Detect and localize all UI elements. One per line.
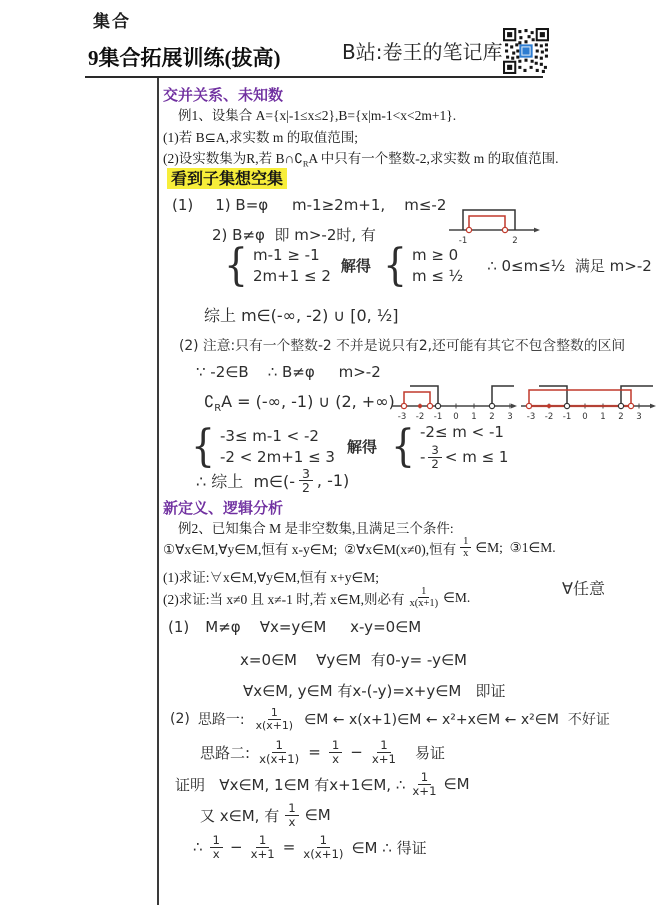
part2-note: (2) 注意:只有一个整数-2 不并是说只有2,还可能有其它不包含整数的区间 bbox=[179, 334, 625, 354]
part2-complement: ∁RA = (-∞, -1) ∪ (2, +∞) bbox=[204, 392, 395, 414]
number-line-diagram-2: -3 -2 -1 0 1 2 3 bbox=[390, 376, 518, 424]
fraction-numerator: 1 bbox=[317, 834, 330, 848]
inequality-system-left: { -3≤ m-1 < -2 -2 < 2m+1 ≤ 3 bbox=[189, 427, 335, 466]
solution-text: ∈M ← x(x+1)∈M ← x²+x∈M ← x²∈M 不好证 bbox=[304, 709, 610, 729]
fraction-post: < m ≤ 1 bbox=[445, 448, 509, 466]
corner-label: 集合 bbox=[93, 7, 131, 32]
inequality-system-left: { m-1 ≥ -1 2m+1 ≤ 2 bbox=[222, 246, 331, 285]
part1-label: (1) bbox=[172, 196, 193, 214]
problem2-line3: (1)求证:∀x∈M,∀y∈M,恒有 x+y∈M; bbox=[163, 566, 379, 586]
section2-heading: 新定义、逻辑分析 bbox=[163, 497, 283, 518]
tick-label: 1 bbox=[471, 412, 476, 422]
tick-label: -3 bbox=[527, 412, 535, 422]
fraction: 1 x+1 bbox=[411, 771, 437, 797]
section1-heading: 交并关系、未知数 bbox=[163, 84, 283, 105]
solution-text: 易证 bbox=[415, 742, 445, 763]
minus-sign: − bbox=[350, 743, 363, 761]
page-title: 9集合拓展训练(拔高) bbox=[88, 42, 281, 72]
solution2-line5: 思路二: 1 x(x+1) = 1 x − 1 x+1 易证 bbox=[200, 739, 445, 765]
fraction-denominator: x(x+1) bbox=[302, 848, 344, 861]
fraction: 1 x+1 bbox=[371, 739, 397, 765]
minus-sign: − bbox=[230, 838, 243, 856]
fraction-denominator: x+1 bbox=[371, 753, 397, 766]
summary-pre: ∴ 综上 m∈(- bbox=[196, 469, 295, 492]
problem2-line4-post: ∈M. bbox=[443, 590, 470, 606]
fraction-pre: - bbox=[420, 448, 425, 466]
problem2-line4: (2)求证:当 x≠0 且 x≠-1 时,若 x∈M,则必有 1 x(x+1) … bbox=[163, 586, 470, 610]
part2-summary: ∴ 综上 m∈(- 3 2 , -1) bbox=[196, 467, 349, 495]
system-row-1: { m-1 ≥ -1 2m+1 ≤ 2 解得 { m ≥ 0 m ≤ ½ ∴ 0… bbox=[222, 246, 652, 285]
margin-note: ∀任意 bbox=[562, 576, 605, 599]
solution-text: ∈M ∴ 得证 bbox=[351, 837, 426, 858]
number-line-diagram-3: -3 -2 -1 0 1 2 3 bbox=[519, 376, 657, 424]
part1-conclusion: ∴ 0≤m≤½ 满足 m>-2 bbox=[487, 255, 652, 276]
problem1-line3-post: A 中只有一个整数-2,求实数 m 的取值范围. bbox=[308, 151, 558, 166]
system-row-2: { -3≤ m-1 < -2 -2 < 2m+1 ≤ 3 解得 { -2≤ m … bbox=[189, 423, 508, 470]
highlight-note: 看到子集想空集 bbox=[167, 166, 287, 189]
approach-label: 思路二: bbox=[200, 742, 250, 763]
tick-label: -2 bbox=[416, 412, 424, 422]
solution2-line3: ∀x∈M, y∈M 有x-(-y)=x+y∈M 即证 bbox=[243, 680, 506, 701]
fraction-numerator: 1 bbox=[460, 536, 471, 548]
system-line: 2m+1 ≤ 2 bbox=[253, 267, 331, 285]
tick-label: 2 bbox=[489, 412, 494, 422]
system-line: -2≤ m < -1 bbox=[420, 423, 508, 441]
tick-label: -1 bbox=[459, 236, 467, 246]
fraction-denominator: x+1 bbox=[411, 785, 437, 798]
fraction-numerator: 1 bbox=[210, 834, 223, 848]
fraction: 1 x bbox=[460, 536, 471, 560]
tick-label: 3 bbox=[636, 412, 641, 422]
solution2-line1: (1) M≠φ ∀x=y∈M x-y=0∈M bbox=[168, 618, 421, 636]
part1-summary: 综上 m∈(-∞, -2) ∪ [0, ½] bbox=[204, 303, 399, 326]
fraction-numerator: 3 bbox=[299, 467, 313, 481]
fraction-numerator: 1 bbox=[272, 739, 285, 753]
problem1-line3-pre: (2)设实数集为R,若 B∩∁ bbox=[163, 151, 303, 166]
fraction-numerator: 1 bbox=[268, 707, 281, 720]
solution1-case-line: (1) 1) B=φ m-1≥2m+1, m≤-2 bbox=[172, 196, 446, 214]
fraction: 3 2 bbox=[299, 467, 313, 495]
equals-sign: = bbox=[283, 838, 296, 856]
solve-label: 解得 bbox=[347, 436, 377, 457]
problem2-line2-pre: ①∀x∈M,∀y∈M,恒有 x-y∈M; ②∀x∈M(x≠0),恒有 bbox=[163, 538, 456, 558]
solution2-line2: x=0∈M ∀y∈M 有0-y= -y∈M bbox=[240, 649, 467, 670]
fraction: 1 x bbox=[329, 739, 342, 765]
problem1-line1: 例1、设集合 A={x|-1≤x≤2},B={x|m-1<x<2m+1}. bbox=[178, 104, 456, 124]
fraction-numerator: 1 bbox=[418, 771, 431, 785]
margin-divider bbox=[157, 78, 159, 905]
fraction: 1 x(x+1) bbox=[255, 707, 295, 732]
part-label: (2) bbox=[170, 711, 190, 727]
problem2-line2: ①∀x∈M,∀y∈M,恒有 x-y∈M; ②∀x∈M(x≠0),恒有 1 x ∈… bbox=[163, 536, 556, 560]
part2-line2: ∵ -2∈B ∴ B≠φ m>-2 bbox=[196, 363, 381, 381]
brace-glyph: { bbox=[191, 428, 215, 465]
fraction-denominator: x bbox=[462, 548, 469, 559]
fraction-numerator: 1 bbox=[377, 739, 390, 753]
fraction-denominator: x bbox=[212, 848, 221, 861]
part1-case1: 1) B=φ m-1≥2m+1, m≤-2 bbox=[215, 196, 446, 214]
brace-glyph: { bbox=[391, 428, 415, 465]
equals-sign: = bbox=[308, 743, 321, 761]
solve-label: 解得 bbox=[341, 255, 371, 276]
fraction-numerator: 1 bbox=[329, 739, 342, 753]
fraction: 1 x(x+1) bbox=[408, 586, 439, 610]
complement-expression: A = (-∞, -1) ∪ (2, +∞) bbox=[221, 392, 395, 411]
solution-text: 又 x∈M, 有 bbox=[200, 805, 279, 826]
problem2-line2-post: ∈M; ③1∈M. bbox=[475, 540, 555, 556]
fraction-numerator: 1 bbox=[285, 802, 298, 816]
solution-text: 证明 ∀x∈M, 1∈M 有x+1∈M, ∴ bbox=[175, 774, 405, 795]
solution2-line7: 又 x∈M, 有 1 x ∈M bbox=[200, 802, 331, 828]
fraction-denominator: 2 bbox=[430, 458, 439, 471]
problem1-line2: (1)若 B⊆A,求实数 m 的取值范围; bbox=[163, 126, 358, 146]
system-line: m ≤ ½ bbox=[412, 267, 463, 285]
fraction-numerator: 3 bbox=[428, 444, 441, 458]
tick-label: 0 bbox=[453, 412, 458, 422]
system-line: m-1 ≥ -1 bbox=[253, 246, 331, 264]
fraction: 3 2 bbox=[428, 444, 441, 470]
solution-text: ∈M bbox=[305, 806, 331, 824]
fraction-denominator: x bbox=[287, 816, 296, 829]
tick-label: -1 bbox=[434, 412, 442, 422]
system-line: m ≥ 0 bbox=[412, 246, 463, 264]
tick-label: 3 bbox=[507, 412, 512, 422]
fraction: 1 x bbox=[285, 802, 298, 828]
problem2-line1: 例2、已知集合 M 是非空数集,且满足三个条件: bbox=[178, 517, 454, 537]
solution2-line6: 证明 ∀x∈M, 1∈M 有x+1∈M, ∴ 1 x+1 ∈M bbox=[175, 771, 470, 797]
complement-symbol: ∁ bbox=[204, 392, 214, 411]
document-page: 集合 9集合拓展训练(拔高) B站:卷王的笔记库 交并关系、未知数 例1、设集合… bbox=[0, 0, 660, 908]
highlight-note-text: 看到子集想空集 bbox=[167, 168, 287, 189]
system-line: -3≤ m-1 < -2 bbox=[220, 427, 335, 445]
fraction: 1 x(x+1) bbox=[258, 739, 300, 765]
therefore-sign: ∴ bbox=[193, 838, 203, 856]
solution2-line8: ∴ 1 x − 1 x+1 = 1 x(x+1) ∈M ∴ 得证 bbox=[193, 834, 427, 860]
bilibili-note: B站:卷王的笔记库 bbox=[342, 36, 502, 65]
summary-post: , -1) bbox=[317, 471, 349, 490]
fraction-denominator: x+1 bbox=[250, 848, 276, 861]
solution2-line4: (2) 思路一: 1 x(x+1) ∈M ← x(x+1)∈M ← x²+x∈M… bbox=[170, 707, 610, 732]
part-label: (1) bbox=[168, 618, 189, 636]
fraction-numerator: 1 bbox=[418, 586, 429, 598]
fraction-numerator: 1 bbox=[256, 834, 269, 848]
fraction: 1 x(x+1) bbox=[302, 834, 344, 860]
problem2-line4-pre: (2)求证:当 x≠0 且 x≠-1 时,若 x∈M,则必有 bbox=[163, 588, 404, 608]
fraction-denominator: x(x+1) bbox=[408, 598, 439, 609]
brace-glyph: { bbox=[224, 247, 248, 284]
solution-text: M≠φ ∀x=y∈M x-y=0∈M bbox=[205, 618, 421, 636]
inequality-system-right: { -2≤ m < -1 - 3 2 < m ≤ 1 bbox=[389, 423, 508, 470]
tick-label: -2 bbox=[545, 412, 553, 422]
system-line: - 3 2 < m ≤ 1 bbox=[420, 444, 508, 470]
number-line-diagram-1: -1 2 bbox=[443, 200, 543, 248]
system-line: -2 < 2m+1 ≤ 3 bbox=[220, 448, 335, 466]
header-divider bbox=[85, 76, 543, 78]
inequality-system-right: { m ≥ 0 m ≤ ½ bbox=[381, 246, 463, 285]
approach-label: 思路一: bbox=[198, 709, 245, 729]
fraction-denominator: x(x+1) bbox=[255, 720, 295, 732]
solution-text: ∈M bbox=[444, 775, 470, 793]
tick-label: 2 bbox=[512, 236, 517, 246]
brace-glyph: { bbox=[383, 247, 407, 284]
tick-label: 2 bbox=[618, 412, 623, 422]
qr-code bbox=[503, 28, 549, 74]
fraction: 1 x bbox=[210, 834, 223, 860]
fraction-denominator: 2 bbox=[301, 481, 311, 494]
tick-label: 1 bbox=[600, 412, 605, 422]
fraction-denominator: x bbox=[331, 753, 340, 766]
fraction-denominator: x(x+1) bbox=[258, 753, 300, 766]
tick-label: 0 bbox=[582, 412, 587, 422]
tick-label: -1 bbox=[563, 412, 571, 422]
fraction: 1 x+1 bbox=[250, 834, 276, 860]
